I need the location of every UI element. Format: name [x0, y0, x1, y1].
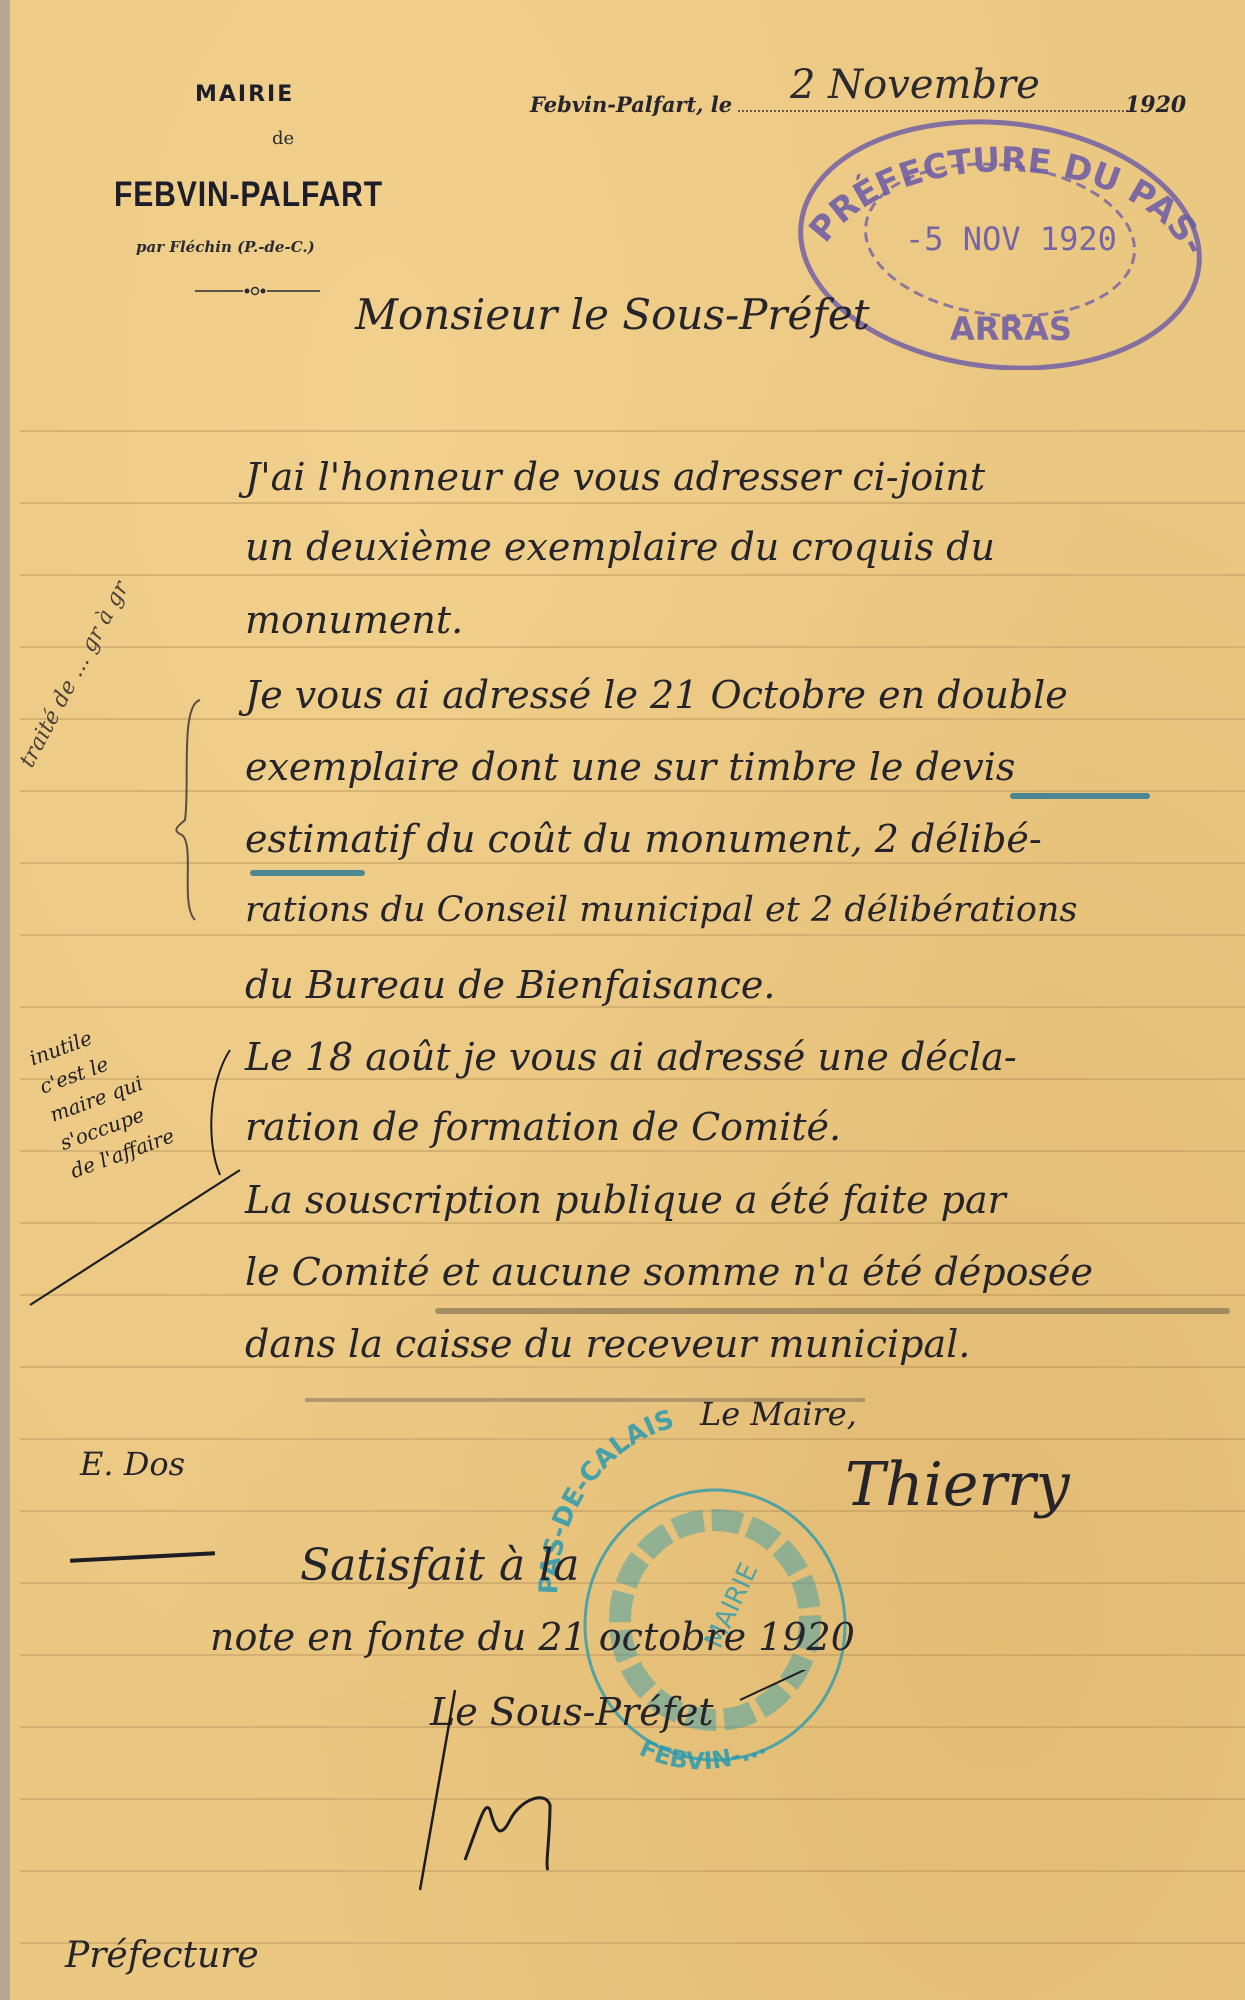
prefecture-stamp-date: -5 NOV 1920: [905, 220, 1117, 258]
ornament-divider-icon: [195, 286, 320, 296]
initials-note: E. Dos: [80, 1445, 185, 1483]
letter-line-13: dans la caisse du receveur municipal.: [245, 1322, 970, 1366]
letterhead-de: de: [272, 128, 294, 149]
letter-line-3: monument.: [245, 598, 463, 642]
letter-line-9: Le 18 août je vous ai adressé une décla-: [245, 1035, 1017, 1079]
letter-line-6: estimatif du coût du monument, 2 délibé-: [245, 817, 1042, 861]
letter-line-4: Je vous ai adressé le 21 Octobre en doub…: [245, 673, 1068, 717]
letter-line-12: le Comité et aucune somme n'a été déposé…: [245, 1250, 1093, 1294]
pencil-underline: [435, 1308, 1230, 1314]
blue-underline-devis: [1010, 793, 1150, 799]
letter-line-5: exemplaire dont une sur timbre le devis: [245, 745, 1015, 789]
dateline-day-month: 2 Novembre: [790, 62, 1040, 108]
margin-brace-icon: [170, 695, 210, 925]
margin-ink-strokes-icon: [25, 1040, 255, 1310]
blue-underline-estimatif: [250, 870, 365, 876]
prefecture-stamp-city: ARRAS: [950, 310, 1072, 348]
letter-line-1: J'ai l'honneur de vous adresser ci-joint: [245, 455, 985, 499]
salutation: Monsieur le Sous-Préfet: [355, 290, 870, 339]
letter-line-8: du Bureau de Bienfaisance.: [245, 963, 775, 1007]
letter-line-11: La souscription publique a été faite par: [245, 1178, 1006, 1222]
letter-line-10: ration de formation de Comité.: [245, 1105, 841, 1149]
mayor-signature: Thierry: [845, 1450, 1070, 1520]
letterhead-town: FEBVIN-PALFART: [114, 175, 383, 215]
letter-line-7: rations du Conseil municipal et 2 délibé…: [245, 890, 1077, 930]
reply-line-1: Satisfait à la: [300, 1540, 580, 1591]
letter-line-2: un deuxième exemplaire du croquis du: [245, 525, 995, 569]
letterhead-par: par Fléchin (P.-de-C.): [136, 238, 315, 256]
footer-prefecture-note: Préfecture: [65, 1935, 259, 1976]
prefet-paraph-strokes-icon: [410, 1670, 910, 1900]
reply-line-2: note en fonte du 21 octobre 1920: [210, 1615, 855, 1659]
letterhead-mairie: MAIRIE: [195, 82, 294, 107]
letter-page: MAIRIE de FEBVIN-PALFART par Fléchin (P.…: [0, 0, 1245, 2000]
dateline-place: Febvin-Palfart, le: [530, 92, 732, 117]
